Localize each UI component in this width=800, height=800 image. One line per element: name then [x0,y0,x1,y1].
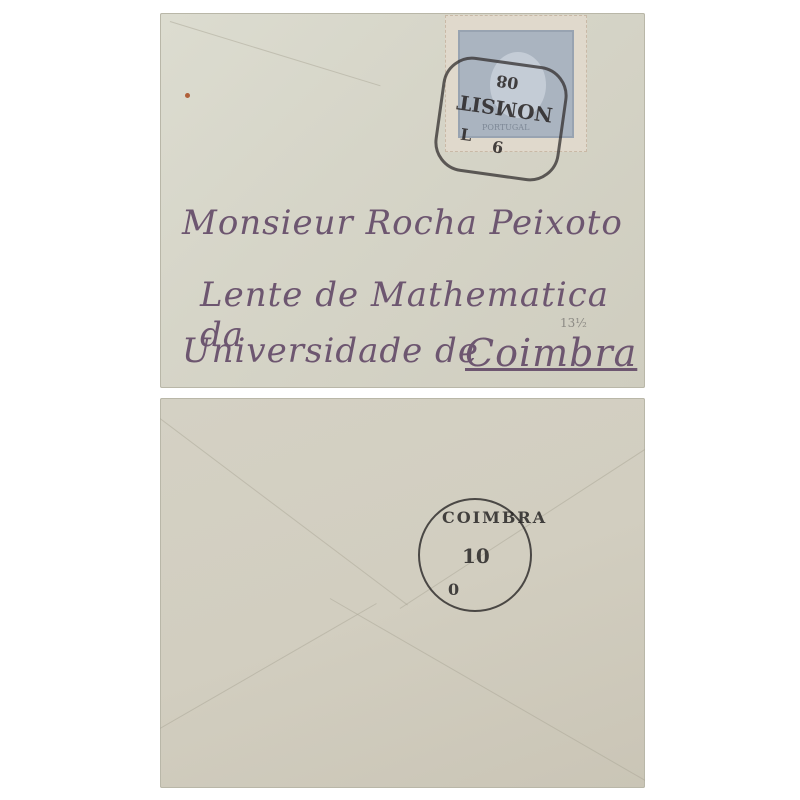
postmark-line: L [459,125,473,145]
postmark-line: 08 [495,71,520,93]
pencil-note: 13½ [560,316,587,330]
front-postmark: 08 NOMSIT L 6 [431,53,572,185]
flap-edge-bottom-left [160,603,377,729]
back-postmark: COIMBRA 10 0 [418,498,532,612]
envelope-back: COIMBRA 10 0 [160,398,645,788]
address-line-3-city: Coimbra [465,331,637,375]
stain-spot [185,93,190,98]
postmark-line: 6 [491,137,505,157]
fold-line [170,21,381,86]
postmark-line: NOMSIT [455,90,554,127]
flap-edge-bottom-right [330,598,645,788]
address-line-1: Monsieur Rocha Peixoto [182,203,623,243]
envelope-front: PORTUGAL 08 NOMSIT L 6 Monsieur Rocha Pe… [160,13,645,388]
flap-edge-left [160,418,408,605]
address-line-3-prefix: Universidade de [182,331,479,371]
postmark-number: 10 [462,544,490,568]
postmark-town: COIMBRA [442,508,547,527]
postmark-number: 0 [448,580,459,599]
